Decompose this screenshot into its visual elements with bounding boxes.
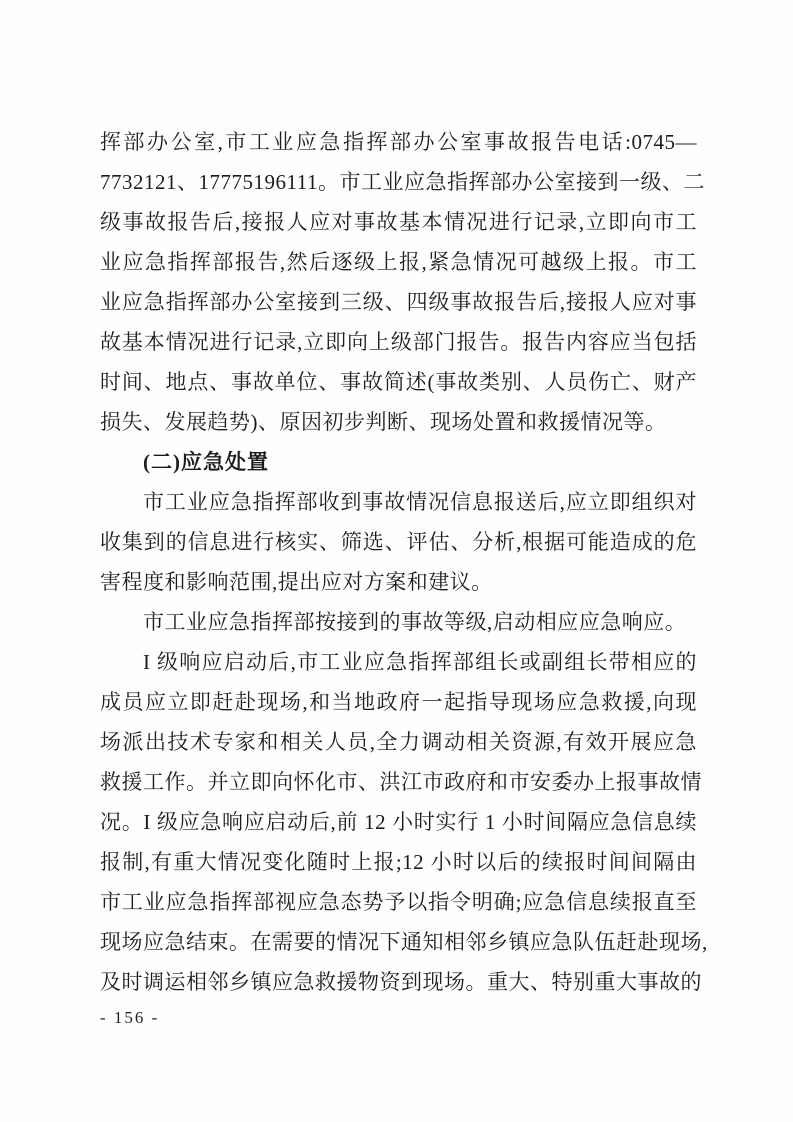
text-line: 业应急指挥部办公室接到三级、四级事故报告后,接报人应对事 xyxy=(100,282,697,322)
paragraph: I 级响应启动后,市工业应急指挥部组长或副组长带相应的成员应立即赶赴现场,和当地… xyxy=(100,642,697,1002)
page-content: 挥部办公室,市工业应急指挥部办公室事故报告电话:0745—7732121、177… xyxy=(100,122,697,1002)
text-line: 报制,有重大情况变化随时上报;12 小时以后的续报时间间隔由 xyxy=(100,842,697,882)
text-line: 成员应立即赶赴现场,和当地政府一起指导现场应急救援,向现 xyxy=(100,682,697,722)
paragraph: 市工业应急指挥部收到事故情况信息报送后,应立即组织对收集到的信息进行核实、筛选、… xyxy=(100,482,697,602)
text-line: 市工业应急指挥部视应急态势予以指令明确;应急信息续报直至 xyxy=(100,882,697,922)
text-line: 业应急指挥部报告,然后逐级上报,紧急情况可越级上报。市工 xyxy=(100,242,697,282)
page-number: - 156 - xyxy=(100,1006,159,1030)
text-line: 况。I 级应急响应启动后,前 12 小时实行 1 小时间隔应急信息续 xyxy=(100,802,697,842)
text-line: 故基本情况进行记录,立即向上级部门报告。报告内容应当包括 xyxy=(100,322,697,362)
paragraph: 挥部办公室,市工业应急指挥部办公室事故报告电话:0745—7732121、177… xyxy=(100,122,697,442)
text-line: (二)应急处置 xyxy=(100,442,697,482)
text-line: 市工业应急指挥部收到事故情况信息报送后,应立即组织对 xyxy=(100,482,697,522)
text-line: 级事故报告后,接报人应对事故基本情况进行记录,立即向市工 xyxy=(100,202,697,242)
text-line: 损失、发展趋势)、原因初步判断、现场处置和救援情况等。 xyxy=(100,402,697,442)
text-line: 场派出技术专家和相关人员,全力调动相关资源,有效开展应急 xyxy=(100,722,697,762)
text-line: 市工业应急指挥部按接到的事故等级,启动相应应急响应。 xyxy=(100,602,697,642)
section-heading: (二)应急处置 xyxy=(100,442,697,482)
text-line: 现场应急结束。在需要的情况下通知相邻乡镇应急队伍赶赴现场, xyxy=(100,922,697,962)
text-line: I 级响应启动后,市工业应急指挥部组长或副组长带相应的 xyxy=(100,642,697,682)
text-line: 害程度和影响范围,提出应对方案和建议。 xyxy=(100,562,697,602)
text-line: 时间、地点、事故单位、事故简述(事故类别、人员伤亡、财产 xyxy=(100,362,697,402)
document-page: 挥部办公室,市工业应急指挥部办公室事故报告电话:0745—7732121、177… xyxy=(0,0,793,1122)
paragraph: 市工业应急指挥部按接到的事故等级,启动相应应急响应。 xyxy=(100,602,697,642)
text-line: 挥部办公室,市工业应急指挥部办公室事故报告电话:0745— xyxy=(100,122,697,162)
text-line: 及时调运相邻乡镇应急救援物资到现场。重大、特别重大事故的 xyxy=(100,962,697,1002)
text-line: 7732121、17775196111。市工业应急指挥部办公室接到一级、二 xyxy=(100,162,697,202)
text-line: 救援工作。并立即向怀化市、洪江市政府和市安委办上报事故情 xyxy=(100,762,697,802)
text-line: 收集到的信息进行核实、筛选、评估、分析,根据可能造成的危 xyxy=(100,522,697,562)
